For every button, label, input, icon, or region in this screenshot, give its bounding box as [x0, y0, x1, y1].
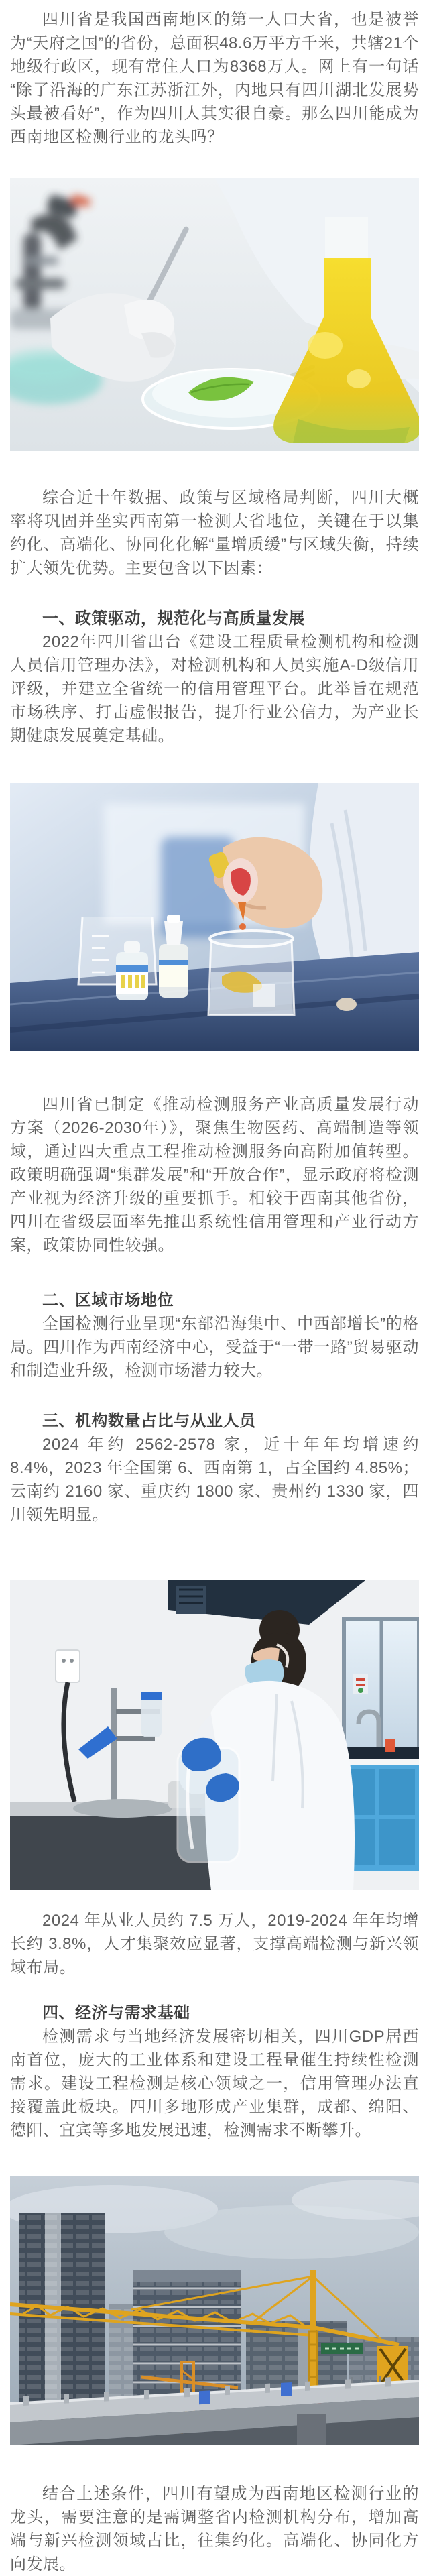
paragraph: 结合上述条件，四川有望成为西南地区检测行业的龙头，需要注意的是需调整省内检测机构… — [0, 2482, 429, 2576]
section-heading-2: 二、区域市场地位 — [0, 1289, 429, 1312]
section-heading-3: 三、机构数量占比与从业人员 — [0, 1409, 429, 1433]
photo-lab-leaf-sample — [10, 178, 419, 451]
paragraph: 全国检测行业呈现“东部沿海集中、中西部增长”的格局。四川作为西南经济中心，受益于… — [0, 1312, 429, 1383]
article-page: 四川省是我国西南地区的第一人口大省，也是被誉为“天府之国”的省份，总面积48.6… — [0, 0, 429, 2576]
paragraph: 2024 年从业人员约 7.5 万人，2019-2024 年年均增长约 3.8%… — [0, 1909, 429, 1979]
paragraph: 2022年四川省出台《建设工程质量检测机构和检测人员信用管理办法》，对检测机构和… — [0, 630, 429, 748]
photo-lab-dropper — [10, 783, 419, 1051]
section-heading-1: 一、政策驱动，规范化与高质量发展 — [0, 607, 429, 630]
paragraph: 四川省已制定《推动检测服务产业高质量发展行动方案（2026-2030年）》，聚焦… — [0, 1093, 429, 1257]
paragraph: 综合近十年数据、政策与区域格局判断，四川大概率将巩固并坐实西南第一检测大省地位，… — [0, 486, 429, 580]
paragraph: 四川省是我国西南地区的第一人口大省，也是被誉为“天府之国”的省份，总面积48.6… — [0, 8, 429, 149]
paragraph: 检测需求与当地经济发展密切相关，四川GDP居西南首位，庞大的工业体系和建设工程量… — [0, 2025, 429, 2142]
photo-lab-technician — [10, 1580, 419, 1890]
photo-construction-site — [10, 2176, 419, 2445]
section-heading-4: 四、经济与需求基础 — [0, 2001, 429, 2025]
paragraph: 2024 年约 2562-2578 家，近十年年均增速约 8.4%，2023 年… — [0, 1433, 429, 1527]
